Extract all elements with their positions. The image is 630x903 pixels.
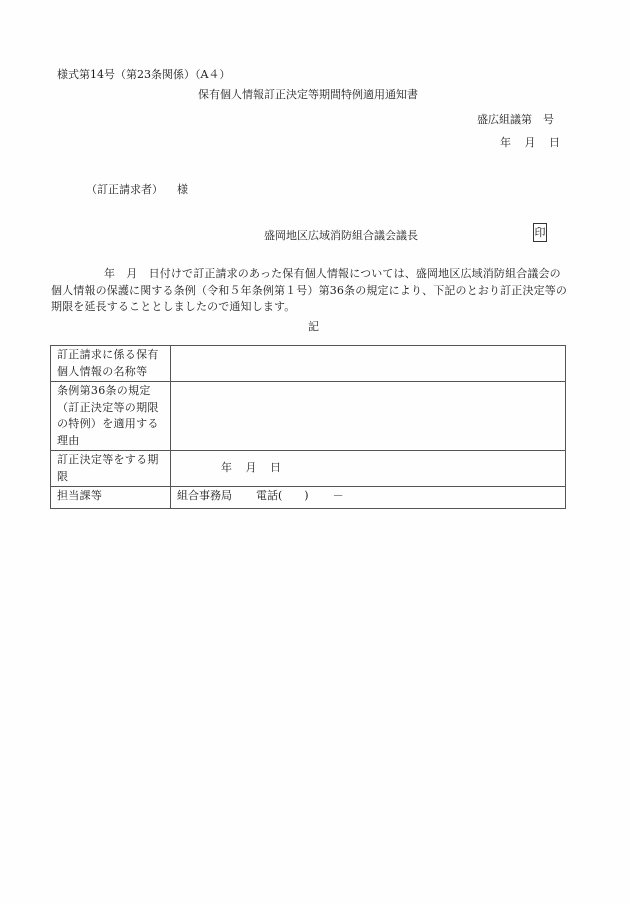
notice-paragraph: 年 月 日付けで訂正請求のあった保有個人情報については、盛岡地区広域消防組合議会… [51,266,571,316]
table-row: 訂正決定等をする期限 年 月 日 [51,451,566,487]
table-row: 条例第36条の規定（訂正決定等の期限の特例）を適用する理由 [51,382,566,451]
form-number: 様式第14号（第23条関係）（A４） [57,66,230,82]
document-date: 年 月 日 [500,134,560,150]
row-value-reason[interactable] [171,382,566,451]
table-row: 担当課等 組合事務局電話( )－ [51,487,566,509]
row-label-info-name: 訂正請求に係る保有個人情報の名称等 [51,346,171,382]
office-name: 組合事務局 [177,489,232,502]
details-table: 訂正請求に係る保有個人情報の名称等 条例第36条の規定（訂正決定等の期限の特例）… [50,345,566,509]
phone-dash: － [333,489,344,502]
sender-name: 盛岡地区広域消防組合議会議長 [264,227,418,243]
document-number: 盛広組議第 号 [477,111,554,127]
notice-paragraph-text: 年 月 日付けで訂正請求のあった保有個人情報については、盛岡地区広域消防組合議会… [51,267,567,313]
row-label-department: 担当課等 [51,487,171,509]
phone-label: 電話( ) [256,489,309,502]
addressee-label: （訂正請求者） [86,183,163,196]
addressee: （訂正請求者）様 [86,181,188,197]
row-label-reason: 条例第36条の規定（訂正決定等の期限の特例）を適用する理由 [51,382,171,451]
row-value-deadline[interactable]: 年 月 日 [171,451,566,487]
document-title: 保有個人情報訂正決定等期間特例適用通知書 [198,86,418,102]
ki-heading: 記 [308,318,319,334]
addressee-honorific: 様 [177,183,188,196]
row-value-contact[interactable]: 組合事務局電話( )－ [171,487,566,509]
seal-mark: 印 [533,223,547,242]
row-value-info-name[interactable] [171,346,566,382]
row-label-deadline: 訂正決定等をする期限 [51,451,171,487]
table-row: 訂正請求に係る保有個人情報の名称等 [51,346,566,382]
